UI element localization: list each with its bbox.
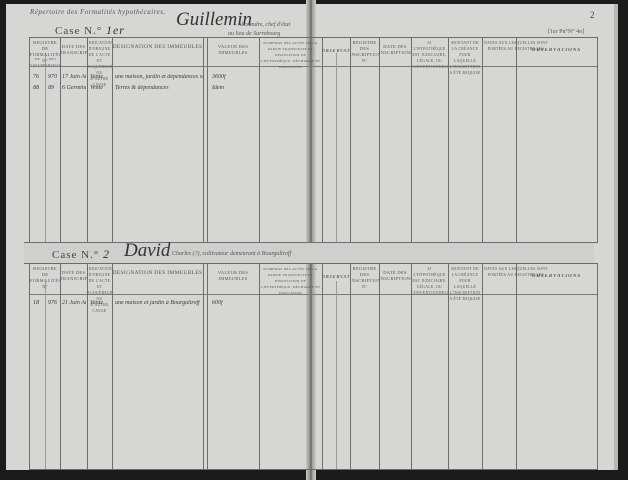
col-designation: Désignation des immeubles — [112, 44, 203, 50]
case-2-label: Case N.° 2 — [52, 247, 110, 262]
register-title: Répertoire des Formalités hypothécaires. — [30, 8, 166, 16]
col-date-inscriptions: Date des inscriptions — [379, 44, 411, 56]
col-montant: Montant de la créance pour laquelle l'in… — [448, 40, 482, 76]
col-valeur: Valeur des immeubles — [207, 44, 259, 56]
col-observations-left: Observations — [322, 48, 350, 54]
case-1-details: Alexandre, chef d'état — [238, 22, 290, 28]
case-2-details: Charles (?), cultivateur demeurant à Bou… — [172, 251, 291, 257]
case-2-table: Registre de Formalités N° Date des trans… — [29, 263, 598, 470]
col-date: Date des transcriptions — [60, 44, 87, 56]
page-number: 2 — [590, 10, 595, 20]
col-observations-right: Observations — [516, 48, 597, 54]
col-nature: Si l'hypothèque est judiciaire, légale, … — [411, 40, 448, 70]
case-1-table: Registre de Formalités N° de volume des … — [29, 37, 598, 243]
col-numeros: Numéros des actes de la partie transcrit… — [259, 40, 322, 70]
case-2-name: David — [124, 240, 170, 262]
ref-number: [1er Pn°N° 4o] — [548, 29, 584, 35]
case-1-label: Case N.° 1er — [55, 23, 125, 38]
col-registre-inscriptions: Registre des Inscriptions N° — [350, 40, 379, 64]
col-indication: Indication d'Origine de l'acte et acquér… — [87, 40, 112, 88]
